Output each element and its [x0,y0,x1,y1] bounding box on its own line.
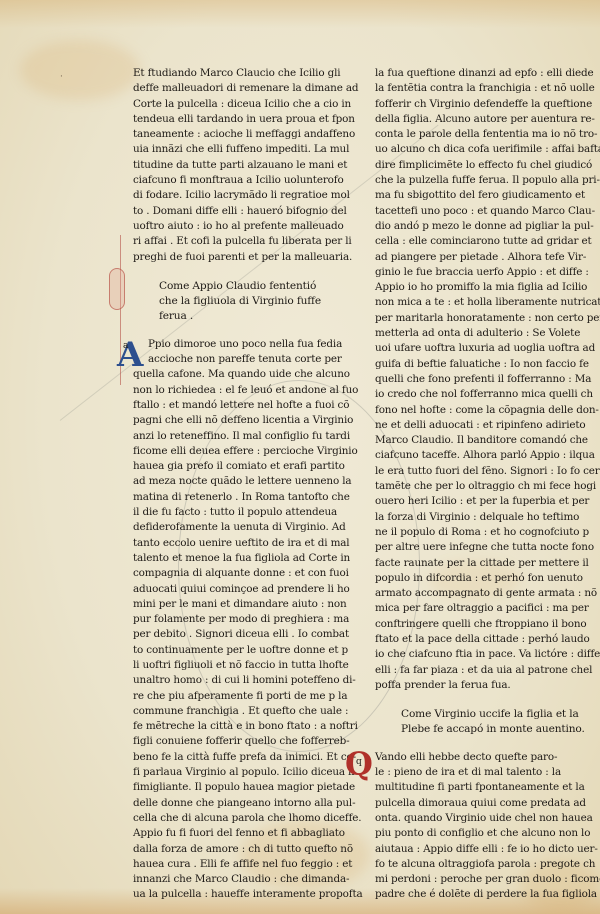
text-line: armato accompagnato di gente armata : nõ [375,586,593,601]
text-line: uoi ufare uoftra luxuria ad uoglia uoftr… [375,341,593,356]
text-line: uia innãzi che elli fuffeno impediti. La… [133,142,351,157]
text-line: cella che di alcuna parola che lhomo dic… [133,811,351,826]
text-line: la forza di Virginio : delquale ho tefti… [375,510,593,525]
text-line: ne et delli aduocati : et ripinfeno adir… [375,418,593,433]
text-line: to continuamente per le uoftre donne et … [133,643,351,658]
text-line: dire fimplicimẽte lo effecto fu chel giu… [375,158,593,173]
margin-mark: · [60,72,63,82]
text-line: ma fu sbigottito del fero giudicamento e… [375,188,593,203]
text-line: matina di retenerlo . In Roma tantofto c… [133,490,351,505]
right-paragraph-2: Q q Vando elli hebbe decto quefte paro- … [375,750,593,903]
illuminated-initial-a: A a [117,338,145,372]
text-line: ouero heri Icilio : et per la fuperbia e… [375,494,593,509]
text-line: le era tutto fuori del fẽno. Signori : I… [375,464,593,479]
text-line: non lo richiedea : el fe leuó et andone … [133,383,351,398]
manuscript-page: · Et ftudiando Marco Claucio che Icilio … [0,0,600,914]
text-line: quella cafone. Ma quando uide che alcuno [133,367,351,382]
text-line: titudine da tutte parti alzauano le mani… [133,158,351,173]
text-line: li uoftri figliuoli et nõ faccio in tutt… [133,658,351,673]
left-column: Et ftudiando Marco Claucio che Icilio gl… [133,66,351,903]
heading-line: Come Virginio uccife la figlia et la [401,707,593,722]
text-line: la fua queftione dinanzi ad epfo : elli … [375,66,593,81]
right-paragraph-1: la fua queftione dinanzi ad epfo : elli … [375,66,593,693]
left-paragraph-1: Et ftudiando Marco Claucio che Icilio gl… [133,66,351,265]
text-line: aduocati quiui cominçoe ad prendere li h… [133,582,351,597]
text-line: fe mẽtreche la città e in bono ftato : a… [133,719,351,734]
text-line: deffe malleuadori di remenare la dimane … [133,81,351,96]
right-column: la fua queftione dinanzi ad epfo : elli … [375,66,593,903]
text-line: tamẽte che per lo oltraggio ch mi fece h… [375,479,593,494]
text-line: Ppio dimoroe uno poco nella fua fedia [133,337,351,352]
text-line: pagni che elli nõ deffeno licentia a Vir… [133,413,351,428]
left-paragraph-2: A a Ppio dimoroe uno poco nella fua fedi… [133,337,351,903]
text-line: piu ponto di configlio et che alcuno non… [375,826,593,841]
text-line: fono nel hofte : come la cõpagnia delle … [375,403,593,418]
text-line: ginio le fue braccia uerfo Appio : et di… [375,265,593,280]
text-line: fo te alcuna oltraggiofa parola : pregot… [375,857,593,872]
text-line: ne il populo di Roma : et ho cognofciuto… [375,525,593,540]
text-line: fofferir ch Virginio defendeffe la queft… [375,97,593,112]
text-line: la fentẽtia contra la franchigia : et nõ… [375,81,593,96]
text-line: fimigliante. Il populo hauea magior piet… [133,780,351,795]
chapter-heading-1: Come Appio Claudio fententió che la figl… [133,279,351,325]
text-line: facte raunate per la cittade per mettere… [375,556,593,571]
text-line: metterla ad onta di adulterio : Se Volet… [375,326,593,341]
text-line: che la pulzella fuffe ferua. Il populo a… [375,173,593,188]
text-line: mica per fare oltraggio a pacifici : ma … [375,601,593,616]
text-line: ad piangere per pietade . Alhora tefe Vi… [375,250,593,265]
text-line: dio andó p mezo le donne ad pigliar la p… [375,219,593,234]
text-line: uoftro aiuto : io ho al prefente malleua… [133,219,351,234]
text-line: figli conuiene fofferir quello che foffe… [133,734,351,749]
guide-letter: a [123,342,128,351]
text-line: pur folamente per modo di preghiera : ma [133,612,351,627]
text-line: Vando elli hebbe decto quefte paro- [375,750,593,765]
text-line: ad meza nocte quãdo le lettere uenneno l… [133,474,351,489]
text-line: poffa prender la ferua fua. [375,678,593,693]
text-line: mini per le mani et dimandare aiuto : no… [133,597,351,612]
text-line: Appio io ho promiffo la mia figlia ad Ic… [375,280,593,295]
text-line: Corte la pulcella : diceua Icilio che a … [133,97,351,112]
text-line: Appio fu fi fuori del fenno et fi abbagl… [133,826,351,841]
text-line: di fodare. Icilio lacrymãdo li regratioe… [133,188,351,203]
text-line: fi parlaua Virginio al populo. Icilio di… [133,765,351,780]
text-line: defiderofamente la uenuta di Virginio. A… [133,520,351,535]
text-line: conftringere quelli che ftroppiano il bo… [375,617,593,632]
text-line: taneamente : acioche li meffaggi andaffe… [133,127,351,142]
text-line: tacettefi uno poco : et quando Marco Cla… [375,204,593,219]
text-line: unaltro homo : di cui li homini poteffen… [133,673,351,688]
text-line: conta le parole della fententia ma io nõ… [375,127,593,142]
text-line: non mica a te : et holla liberamente nut… [375,295,593,310]
text-line: ftato et la pace della cittade : perhó l… [375,632,593,647]
chapter-heading-2: Come Virginio uccife la figlia et la Ple… [375,707,593,738]
text-line: dalla forza de amore : ch di tutto queft… [133,842,351,857]
text-line: ua la pulcella : haueffe interamente pro… [133,887,351,902]
text-line: io credo che nol fofferranno mica quelli… [375,387,593,402]
text-line: uo alcuno ch dica cofa uerifimile : affa… [375,142,593,157]
text-line: accioche non pareffe tenuta corte per [133,352,351,367]
text-line: to . Domani diffe elli : haueró bifognio… [133,204,351,219]
heading-line: ferua . [159,309,351,324]
text-line: Marco Claudio. Il banditore comandó che [375,433,593,448]
text-line: io che ciafcuno ftia in pace. Va lictóre… [375,647,593,662]
text-line: talento et menoe la fua figliola ad Cort… [133,551,351,566]
text-line: per debito . Signori diceua elli . Io co… [133,627,351,642]
text-line: Et ftudiando Marco Claucio che Icilio gl… [133,66,351,81]
text-line: ciafcuno taceffe. Alhora parló Appio : i… [375,448,593,463]
text-line: anzi lo reteneffino. Il mal configlio fu… [133,429,351,444]
text-line: le : pieno de ira et di mal talento : la [375,765,593,780]
text-line: innanzi che Marco Claudio : che dimanda- [133,872,351,887]
text-line: compagnia di alquante donne : et con fuo… [133,566,351,581]
text-line: delle donne che piangeano intorno alla p… [133,796,351,811]
margin-flourish-decoration [109,268,125,310]
initial-letter: A [117,335,143,375]
text-line: tanto eccolo uenire ueftito de ira et di… [133,536,351,551]
heading-line: che la figliuola di Virginio fuffe [159,294,351,309]
text-line: beno fe la città fuffe prefa da inimici.… [133,750,351,765]
text-line: pulcella dimoraua quiui come predata ad [375,796,593,811]
text-line: ftallo : et mandó lettere nel hofte a fu… [133,398,351,413]
page-top-edge-stain [0,0,600,28]
text-line: quelli che fono prefenti il fofferranno … [375,372,593,387]
guide-letter: q [356,758,362,767]
text-line: ri affai . Et cofi la pulcella fu libera… [133,234,351,249]
text-line: tendeua elli tardando in uera proua et f… [133,112,351,127]
text-line: ficome elli deuea effere : percioche Vir… [133,444,351,459]
text-line: il die fu facto : tutto il populo attend… [133,505,351,520]
text-line: della figlia. Alcuno autore per auentura… [375,112,593,127]
text-line: re che piu afperamente fi porti de me p … [133,689,351,704]
text-line: cella : elle cominciarono tutte ad grida… [375,234,593,249]
foxing-stain [20,40,140,100]
text-line: ciafcuno fi monftraua a Icilio uoluntero… [133,173,351,188]
text-line: hauea cura . Elli fe affife nel fuo fegg… [133,857,351,872]
text-line: commune franchigia . Et quefto che uale … [133,704,351,719]
text-line: hauea gia prefo il comiato et erafi part… [133,459,351,474]
heading-line: Plebe fe accapó in monte auentino. [401,722,593,737]
text-line: aiutaua : Appio diffe elli : fe io ho di… [375,842,593,857]
text-line: populo in difcordia : et perhó fon uenut… [375,571,593,586]
illuminated-initial-q: Q q [345,748,375,782]
text-line: padre che é dolẽte di perdere la fua fig… [375,887,593,902]
text-line: mi perdoni : peroche per gran duolo : fi… [375,872,593,887]
heading-line: Come Appio Claudio fententió [159,279,351,294]
text-line: elli : fa far piaza : et da uia al patro… [375,663,593,678]
text-line: preghi de fuoi parenti et per la malleua… [133,250,351,265]
text-line: multitudine fi parti fpontaneamente et l… [375,780,593,795]
text-line: guifa di beftie faluatiche : Io non facc… [375,357,593,372]
text-line: onta. quando Virginio uide chel non haue… [375,811,593,826]
text-line: per maritarla honoratamente : non certo … [375,311,593,326]
text-line: per altre uere infegne che tutta nocte f… [375,540,593,555]
